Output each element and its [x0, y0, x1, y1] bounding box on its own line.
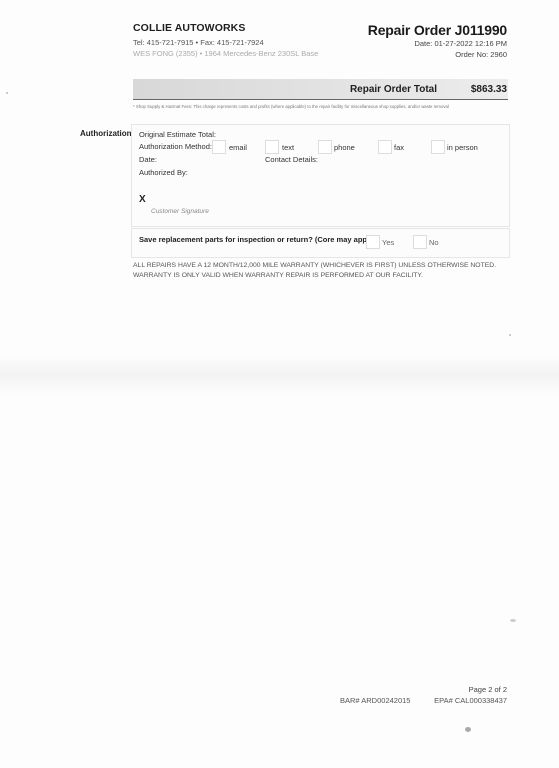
method-phone-label: phone	[334, 143, 355, 152]
date-label: Date:	[139, 155, 157, 164]
checkbox-no[interactable]	[413, 235, 427, 249]
method-in-person-label: in person	[447, 143, 478, 152]
scan-speck	[6, 92, 8, 94]
customer-signature-field[interactable]: Customer Signature	[151, 208, 209, 215]
warranty-line-2: WARRANTY IS ONLY VALID WHEN WARRANTY REP…	[133, 271, 496, 281]
company-name: COLLIE AUTOWORKS	[133, 22, 245, 34]
scan-speck	[509, 334, 511, 336]
contact-details-label: Contact Details:	[265, 155, 318, 164]
checkbox-phone[interactable]	[318, 140, 332, 154]
total-value: $863.33	[471, 84, 507, 95]
bar-number: BAR# ARD00242015	[340, 696, 410, 705]
warranty-notice: ALL REPAIRS HAVE A 12 MONTH/12,000 MILE …	[133, 261, 496, 281]
option-yes-label: Yes	[382, 238, 394, 247]
method-email-label: email	[229, 143, 247, 152]
method-text-label: text	[282, 143, 294, 152]
parts-question: Save replacement parts for inspection or…	[139, 235, 376, 244]
scan-speck	[465, 727, 471, 732]
authorization-section-label: Authorization	[80, 129, 132, 138]
epa-number: EPA# CAL000338437	[434, 696, 507, 705]
checkbox-yes[interactable]	[366, 235, 380, 249]
total-label: Repair Order Total	[350, 84, 437, 95]
method-fax-label: fax	[394, 143, 404, 152]
repair-order-date: Date: 01-27-2022 12:16 PM	[414, 39, 507, 48]
option-no-label: No	[429, 238, 439, 247]
checkbox-fax[interactable]	[378, 140, 392, 154]
checkbox-text[interactable]	[265, 140, 279, 154]
checkbox-in-person[interactable]	[431, 140, 445, 154]
warranty-line-1: ALL REPAIRS HAVE A 12 MONTH/12,000 MILE …	[133, 261, 496, 271]
customer-vehicle: WES FONG (2355) • 1964 Mercedes-Benz 230…	[133, 49, 318, 58]
authorization-method-label: Authorization Method:	[139, 142, 212, 151]
checkbox-email[interactable]	[212, 140, 226, 154]
scan-speck	[510, 619, 516, 622]
page-number: Page 2 of 2	[469, 685, 507, 694]
signature-mark: X	[139, 194, 146, 205]
repair-order-title: Repair Order J011990	[368, 22, 507, 38]
order-number: Order No: 2960	[455, 50, 507, 59]
shop-supply-note: * Shop Supply & Hazmat Fees: This charge…	[133, 104, 513, 109]
total-bar	[133, 79, 508, 100]
authorized-by-label: Authorized By:	[139, 168, 188, 177]
company-contact: Tel: 415-721-7915 • Fax: 415-721-7924	[133, 38, 264, 47]
original-estimate-label: Original Estimate Total:	[139, 130, 216, 139]
scan-artifact	[0, 355, 559, 395]
